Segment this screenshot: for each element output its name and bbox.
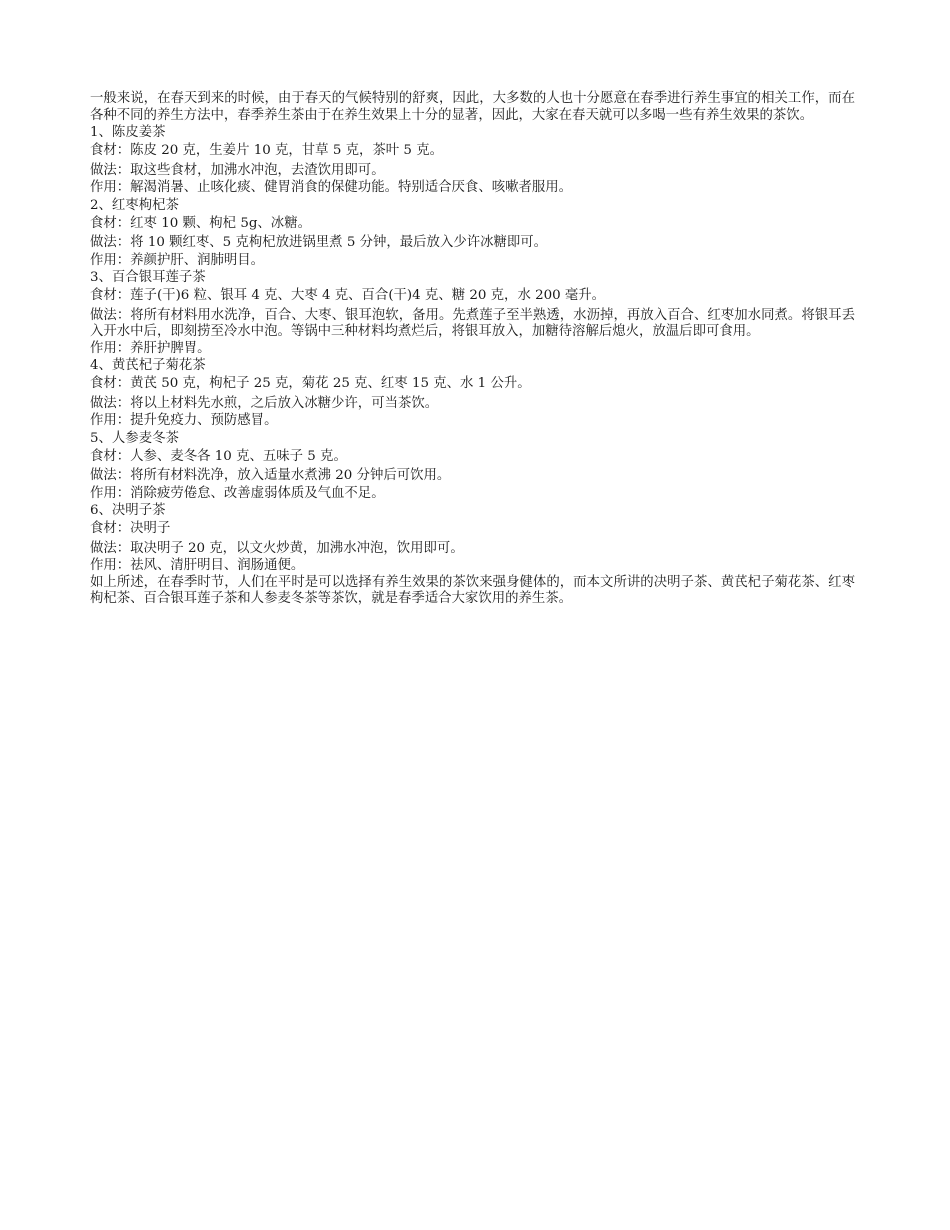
section-heading: 2、红枣枸杞茶 [90,197,855,214]
ingredients-line: 食材：陈皮 20 克，生姜片 10 克，甘草 5 克，茶叶 5 克。 [90,141,855,161]
method-line: 做法：取决明子 20 克，以文火炒黄，加沸水冲泡，饮用即可。 [90,539,855,559]
ingredients-line: 食材：人参、麦冬各 10 克、五味子 5 克。 [90,447,855,467]
effect-line: 作用：消除疲劳倦怠、改善虚弱体质及气血不足。 [90,486,855,503]
document-body: 一般来说，在春天到来的时候，由于春天的气候特别的舒爽，因此，大多数的人也十分愿意… [90,91,855,608]
ingredients-line: 食材：黄芪 50 克，枸杞子 25 克，菊花 25 克、红枣 15 克、水 1 … [90,374,855,394]
section-1: 1、陈皮姜茶 食材：陈皮 20 克，生姜片 10 克，甘草 5 克，茶叶 5 克… [90,124,855,197]
section-heading: 4、黄芪杞子菊花茶 [90,357,855,374]
effect-line: 作用：养颜护肝、润肺明目。 [90,253,855,270]
ingredients-line: 食材：莲子(干)6 粒、银耳 4 克、大枣 4 克、百合(干)4 克、糖 20 … [90,286,855,306]
section-2: 2、红枣枸杞茶 食材：红枣 10 颗、枸杞 5g、冰糖。 做法：将 10 颗红枣… [90,197,855,270]
effect-line: 作用：祛风、清肝明目、润肠通便。 [90,558,855,575]
section-heading: 1、陈皮姜茶 [90,124,855,141]
section-5: 5、人参麦冬茶 食材：人参、麦冬各 10 克、五味子 5 克。 做法：将所有材料… [90,430,855,503]
section-heading: 5、人参麦冬茶 [90,430,855,447]
effect-line: 作用：提升免疫力、预防感冒。 [90,413,855,430]
method-line: 做法：取这些食材，加沸水冲泡，去渣饮用即可。 [90,161,855,181]
section-heading: 6、决明子茶 [90,502,855,519]
section-heading: 3、百合银耳莲子茶 [90,269,855,286]
effect-line: 作用：解渴消暑、止咳化痰、健胃消食的保健功能。特别适合厌食、咳嗽者服用。 [90,180,855,197]
method-line: 做法：将所有材料用水洗净，百合、大枣、银耳泡软，备用。先煮莲子至半熟透，水沥掉，… [90,306,855,341]
section-4: 4、黄芪杞子菊花茶 食材：黄芪 50 克，枸杞子 25 克，菊花 25 克、红枣… [90,357,855,430]
intro-paragraph: 一般来说，在春天到来的时候，由于春天的气候特别的舒爽，因此，大多数的人也十分愿意… [90,91,855,124]
ingredients-line: 食材：决明子 [90,519,855,539]
method-line: 做法：将 10 颗红枣、5 克枸杞放进锅里煮 5 分钟，最后放入少许冰糖即可。 [90,233,855,253]
method-line: 做法：将所有材料洗净，放入适量水煮沸 20 分钟后可饮用。 [90,466,855,486]
section-3: 3、百合银耳莲子茶 食材：莲子(干)6 粒、银耳 4 克、大枣 4 克、百合(干… [90,269,855,357]
effect-line: 作用：养肝护脾胃。 [90,341,855,358]
method-line: 做法：将以上材料先水煎，之后放入冰糖少许，可当茶饮。 [90,394,855,414]
section-6: 6、决明子茶 食材：决明子 做法：取决明子 20 克，以文火炒黄，加沸水冲泡，饮… [90,502,855,575]
ingredients-line: 食材：红枣 10 颗、枸杞 5g、冰糖。 [90,214,855,234]
conclusion-paragraph: 如上所述，在春季时节，人们在平时是可以选择有养生效果的茶饮来强身健体的，而本文所… [90,575,855,608]
